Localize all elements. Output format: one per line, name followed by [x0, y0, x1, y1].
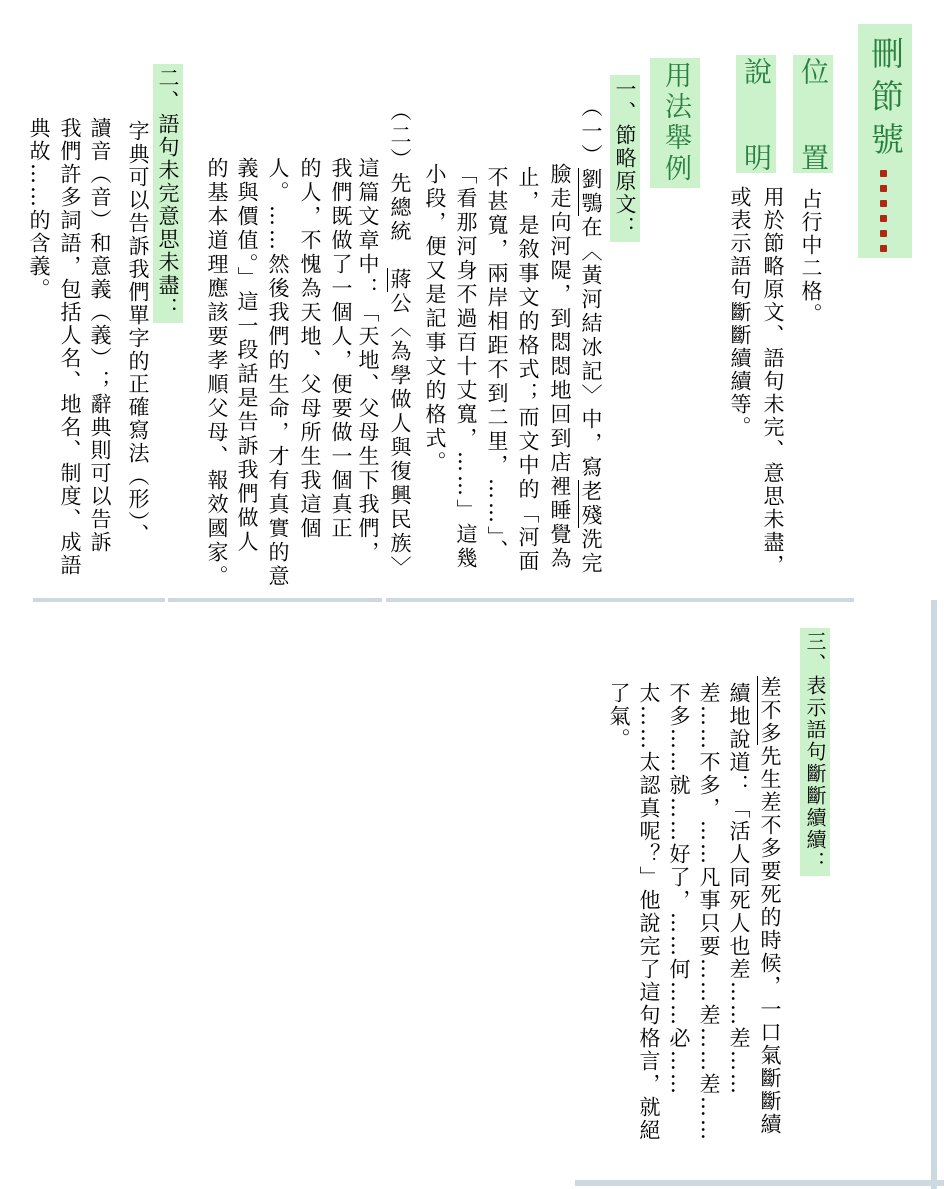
- sub3-header: 三、表示語句斷斷續續：: [800, 628, 830, 876]
- right-cell-border: [931, 600, 937, 1189]
- ellipsis-dot: [880, 245, 887, 252]
- sub2-col-3: 我們許多詞語，包括人名、地名、制度、成語: [56, 117, 84, 577]
- ellipsis-dot: [880, 215, 887, 222]
- sub3-col-1: 差不多先生差不多要死的時候，一口氣斷斷續: [756, 676, 784, 1136]
- divider-segment: [386, 598, 854, 602]
- sub2-col-1: 字典可以告訴我們單字的正確寫法（形）、: [124, 120, 152, 547]
- sub1-col-7: （二）先總統 蔣公〈為學做人與復興民族〉: [386, 100, 414, 580]
- proper-name-mark: 差不多: [757, 676, 782, 745]
- explanation-line-1: 用於節略原文、語句未完、意思未盡，: [759, 186, 787, 577]
- sub3-col-5: 太……太認真呢？」他說完了這句格言，就絕: [635, 682, 663, 1142]
- ellipsis-dot: [880, 170, 887, 177]
- sub1-col-5: 「看那河身不過百十丈寬，……」這幾: [452, 163, 480, 571]
- sub2-col-4: 典故……的含義。: [25, 117, 53, 301]
- position-header: 位置: [793, 55, 833, 173]
- ellipsis-dots: ……: [880, 170, 887, 252]
- sub1-col-10: 的人，不愧為天地、父母所生我這個: [296, 157, 324, 541]
- sub1-col-13: 的基本道理應該要孝順父母、報效國家。: [203, 157, 231, 589]
- ellipsis-dot: [880, 230, 887, 237]
- sub1-header: 一、節略原文：: [610, 75, 640, 242]
- ellipsis-dot: [880, 185, 887, 192]
- sub1-col-6: 小段，便又是記事文的格式。: [421, 163, 449, 475]
- sub3-col-2: 續地說道：「活人同死人也差……差……: [725, 682, 753, 1096]
- sub2-col-2: 讀音（音）和意義（義）；辭典則可以告訴: [86, 117, 114, 554]
- divider-segment: [168, 598, 382, 602]
- bottom-cell-border: [575, 1180, 944, 1186]
- explanation-header: 說明: [736, 55, 776, 173]
- usage-header: 用法舉例: [650, 58, 700, 188]
- sub3-col-4: 不多……就……好了，……何……必……: [665, 682, 693, 1096]
- proper-name-mark: 蔣: [387, 268, 412, 292]
- explanation-line-2: 或表示語句斷斷續續等。: [726, 186, 754, 439]
- sub1-col-8: 這篇文章中：「天地、父母生下我們，: [354, 157, 382, 565]
- sub2-header: 二、語句未完意思未盡：: [153, 64, 183, 323]
- sub1-col-3: 止，是敘事文的格式；而文中的「河面: [514, 166, 542, 574]
- document-page: { "colors": { "green-bg": "#ccf2cc", "gr…: [0, 0, 944, 1189]
- divider-segment: [33, 598, 165, 602]
- position-body: 占行中二格。: [797, 188, 825, 326]
- sub1-col-11: 人。……然後我們的生命，才有真實的意: [264, 157, 292, 589]
- page-title-text: 刪節號: [866, 36, 905, 165]
- sub1-col-1: （一）劉鶚在〈黃河結冰記〉中，寫老殘洗完: [577, 96, 605, 576]
- sub3-col-6: 了氣。: [605, 682, 633, 751]
- sub1-col-2: 臉走向河隄，到悶悶地回到店裡睡覺為: [546, 163, 574, 571]
- proper-name-mark: 老殘: [578, 480, 603, 528]
- ellipsis-dot: [880, 200, 887, 207]
- sub3-col-3: 差……不多，……凡事只要……差……差……: [695, 682, 723, 1142]
- proper-name-mark: 劉鶚: [578, 168, 603, 216]
- sub1-col-9: 我們既做了一個人，便要做一個真正: [327, 157, 355, 541]
- sub1-col-12: 義與價值。」這一段話是告訴我們做人: [233, 157, 261, 555]
- sub1-col-4: 不甚寬，兩岸相距不到二里，……」、: [483, 166, 511, 564]
